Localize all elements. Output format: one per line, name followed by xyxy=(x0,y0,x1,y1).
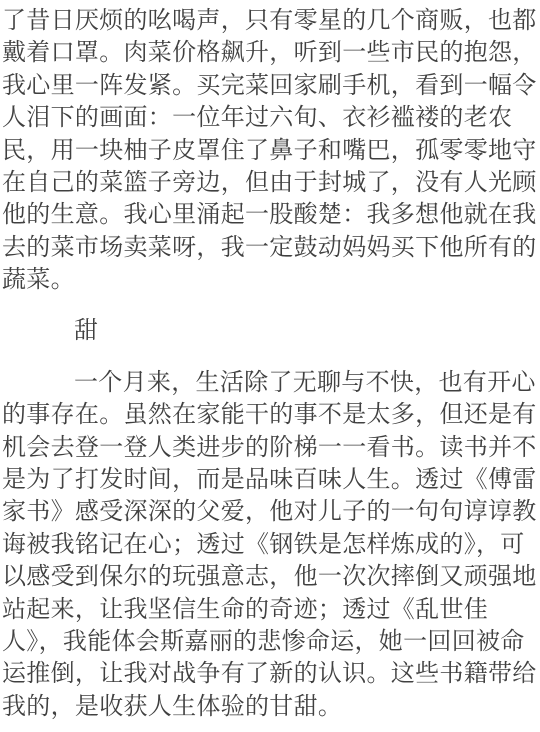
text-line: 了昔日厌烦的吆喝声，只有零星的几个商贩，也都 xyxy=(2,5,540,37)
text-line: 他的生意。我心里涌起一股酸楚：我多想他就在我 xyxy=(2,199,540,231)
text-line: 站起来，让我坚信生命的奇迹；透过《乱世佳 xyxy=(2,594,540,626)
text-line: 以感受到保尔的玩强意志，他一次次摔倒又顽强地 xyxy=(2,561,540,593)
text-line: 人泪下的画面：一位年过六旬、衣衫褴褛的老农 xyxy=(2,102,540,134)
text-line: 蔬菜。 xyxy=(2,264,540,296)
section-heading-sweet: 甜 xyxy=(2,315,540,347)
text-line: 我心里一阵发紧。买完菜回家刷手机，看到一幅令 xyxy=(2,70,540,102)
text-line: 在自己的菜篮子旁边，但由于封城了，没有人光顾 xyxy=(2,167,540,199)
text-line: 的事存在。虽然在家能干的事不是太多，但还是有 xyxy=(2,399,540,431)
text-line: 诲被我铭记在心；透过《钢铁是怎样炼成的》，可 xyxy=(2,529,540,561)
text-line: 我的，是收获人生体验的甘甜。 xyxy=(2,691,540,723)
text-line: 家书》感受深深的父爱，他对儿子的一句句谆谆教 xyxy=(2,496,540,528)
paragraph-sour-section: 了昔日厌烦的吆喝声，只有零星的几个商贩，也都 戴着口罩。肉菜价格飙升，听到一些市… xyxy=(2,5,540,297)
text-line: 一个月来，生活除了无聊与不快，也有开心 xyxy=(2,367,540,399)
text-line: 人》，我能体会斯嘉丽的悲惨命运，她一回回被命 xyxy=(2,626,540,658)
paragraph-sweet-section: 一个月来，生活除了无聊与不快，也有开心 的事存在。虽然在家能干的事不是太多，但还… xyxy=(2,367,540,723)
text-line: 民，用一块柚子皮罩住了鼻子和嘴巴，孤零零地守 xyxy=(2,135,540,167)
text-line: 机会去登一登人类进步的阶梯一一看书。读书并不 xyxy=(2,432,540,464)
text-line: 是为了打发时间，而是品味百味人生。透过《傅雷 xyxy=(2,464,540,496)
text-line: 戴着口罩。肉菜价格飙升，听到一些市民的抱怨， xyxy=(2,37,540,69)
text-line: 去的菜市场卖菜呀，我一定鼓动妈妈买下他所有的 xyxy=(2,232,540,264)
document-page: 了昔日厌烦的吆喝声，只有零星的几个商贩，也都 戴着口罩。肉菜价格飙升，听到一些市… xyxy=(0,0,540,732)
text-line: 运推倒，让我对战争有了新的认识。这些书籍带给 xyxy=(2,658,540,690)
